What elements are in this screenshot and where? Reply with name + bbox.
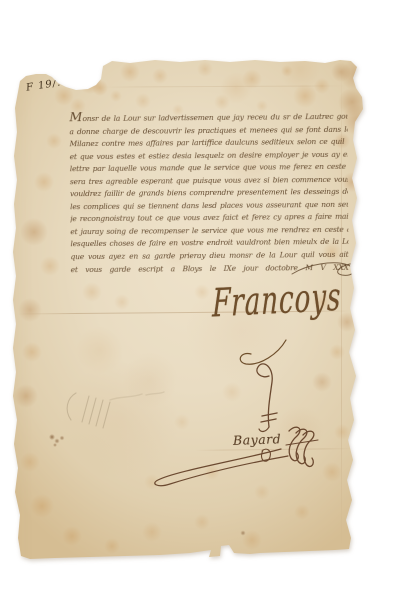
secretary-signature: Bayard — [233, 431, 282, 448]
photo-background: F 19/. Monsr de la Lour sur ladvertissem… — [0, 0, 405, 610]
letter-body: Monsr de la Lour sur ladvertissemen que … — [69, 110, 348, 277]
fold-crease-top — [100, 85, 346, 87]
manuscript-parchment: F 19/. Monsr de la Lour sur ladvertissem… — [0, 0, 405, 610]
foxing-stains — [0, 0, 405, 610]
fold-crease-lower — [195, 448, 351, 451]
signature-tail-flourish — [230, 338, 292, 374]
royal-signature: Francoys — [212, 275, 342, 327]
royal-paraph — [150, 352, 340, 492]
paper-shadow-wrap: F 19/. Monsr de la Lour sur ladvertissem… — [0, 0, 405, 610]
letter-line: et vous garde escript a Bloys le IXe jou… — [71, 261, 349, 276]
catalog-mark: F 19/. — [25, 77, 62, 93]
ink-showthrough — [58, 386, 170, 434]
